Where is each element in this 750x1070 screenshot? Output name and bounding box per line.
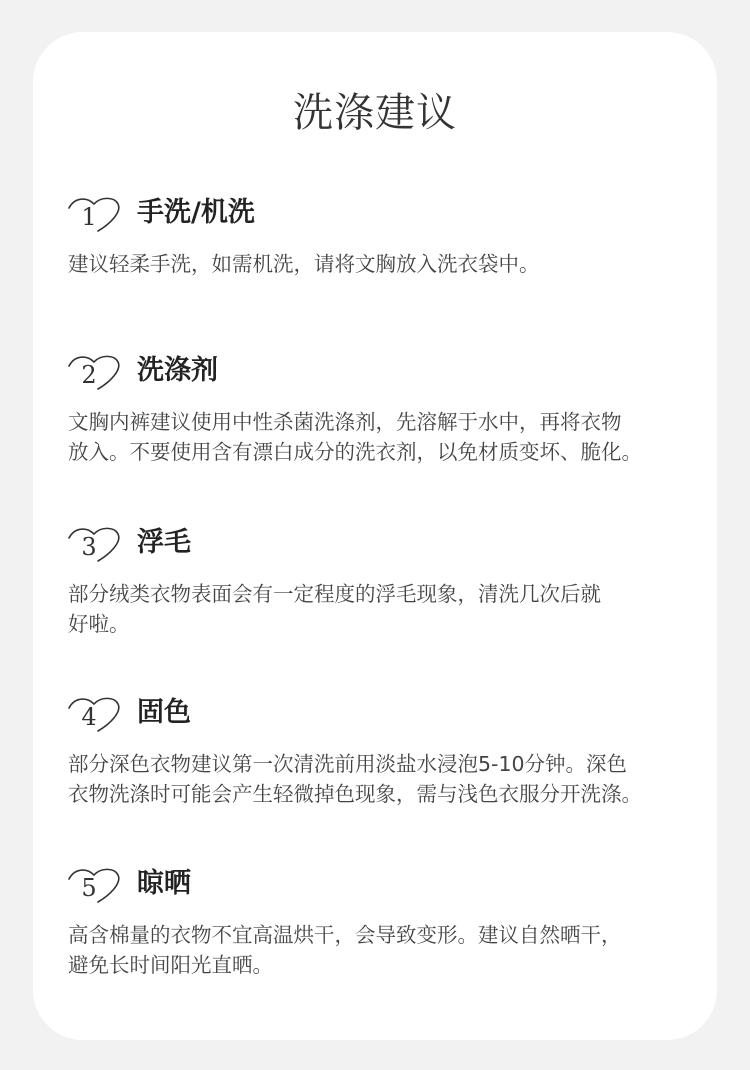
body-line: 高含棉量的衣物不宜高温烘干，会导致变形。建议自然晒干，: [68, 920, 700, 950]
section-body: 建议轻柔手洗，如需机洗，请将文胸放入洗衣袋中。: [68, 249, 700, 279]
section-body: 文胸内裤建议使用中性杀菌洗涤剂，先溶解于水中，再将衣物 放入。不要使用含有漂白成…: [68, 407, 700, 467]
body-line: 部分绒类衣物表面会有一定程度的浮毛现象，清洗几次后就: [68, 579, 700, 609]
section-header: 2 洗涤剂: [66, 352, 706, 392]
section-heading: 晾晒: [137, 865, 191, 903]
section-header: 1 手洗/机洗: [66, 194, 706, 234]
body-line: 文胸内裤建议使用中性杀菌洗涤剂，先溶解于水中，再将衣物: [68, 407, 700, 437]
section-color-fixing: 4 固色 部分深色衣物建议第一次清洗前用淡盐水浸泡5-10分钟。深色 衣物洗涤时…: [66, 694, 706, 734]
page-title: 洗涤建议: [0, 88, 750, 138]
section-number: 4: [79, 703, 99, 731]
body-line: 放入。不要使用含有漂白成分的洗衣剂，以免材质变坏、脆化。: [68, 437, 700, 467]
section-body: 高含棉量的衣物不宜高温烘干，会导致变形。建议自然晒干， 避免长时间阳光直晒。: [68, 920, 700, 980]
section-drying: 5 晾晒 高含棉量的衣物不宜高温烘干，会导致变形。建议自然晒干， 避免长时间阳光…: [66, 865, 706, 905]
section-header: 5 晾晒: [66, 865, 706, 905]
section-header: 3 浮毛: [66, 524, 706, 564]
section-body: 部分深色衣物建议第一次清洗前用淡盐水浸泡5-10分钟。深色 衣物洗涤时可能会产生…: [68, 749, 700, 809]
section-heading: 洗涤剂: [137, 352, 218, 390]
section-detergent: 2 洗涤剂 文胸内裤建议使用中性杀菌洗涤剂，先溶解于水中，再将衣物 放入。不要使…: [66, 352, 706, 392]
body-line: 部分深色衣物建议第一次清洗前用淡盐水浸泡5-10分钟。深色: [68, 749, 700, 779]
section-header: 4 固色: [66, 694, 706, 734]
section-number: 2: [79, 361, 99, 389]
section-number: 5: [79, 874, 99, 902]
section-number: 3: [79, 533, 99, 561]
body-line: 避免长时间阳光直晒。: [68, 950, 700, 980]
section-lint: 3 浮毛 部分绒类衣物表面会有一定程度的浮毛现象，清洗几次后就 好啦。: [66, 524, 706, 564]
section-heading: 浮毛: [137, 524, 191, 562]
body-line: 好啦。: [68, 609, 700, 639]
section-heading: 手洗/机洗: [137, 194, 255, 232]
section-heading: 固色: [137, 694, 191, 732]
section-hand-machine-wash: 1 手洗/机洗 建议轻柔手洗，如需机洗，请将文胸放入洗衣袋中。: [66, 194, 706, 234]
body-line: 衣物洗涤时可能会产生轻微掉色现象，需与浅色衣服分开洗涤。: [68, 779, 700, 809]
body-line: 建议轻柔手洗，如需机洗，请将文胸放入洗衣袋中。: [68, 249, 700, 279]
section-number: 1: [79, 203, 99, 231]
section-body: 部分绒类衣物表面会有一定程度的浮毛现象，清洗几次后就 好啦。: [68, 579, 700, 639]
